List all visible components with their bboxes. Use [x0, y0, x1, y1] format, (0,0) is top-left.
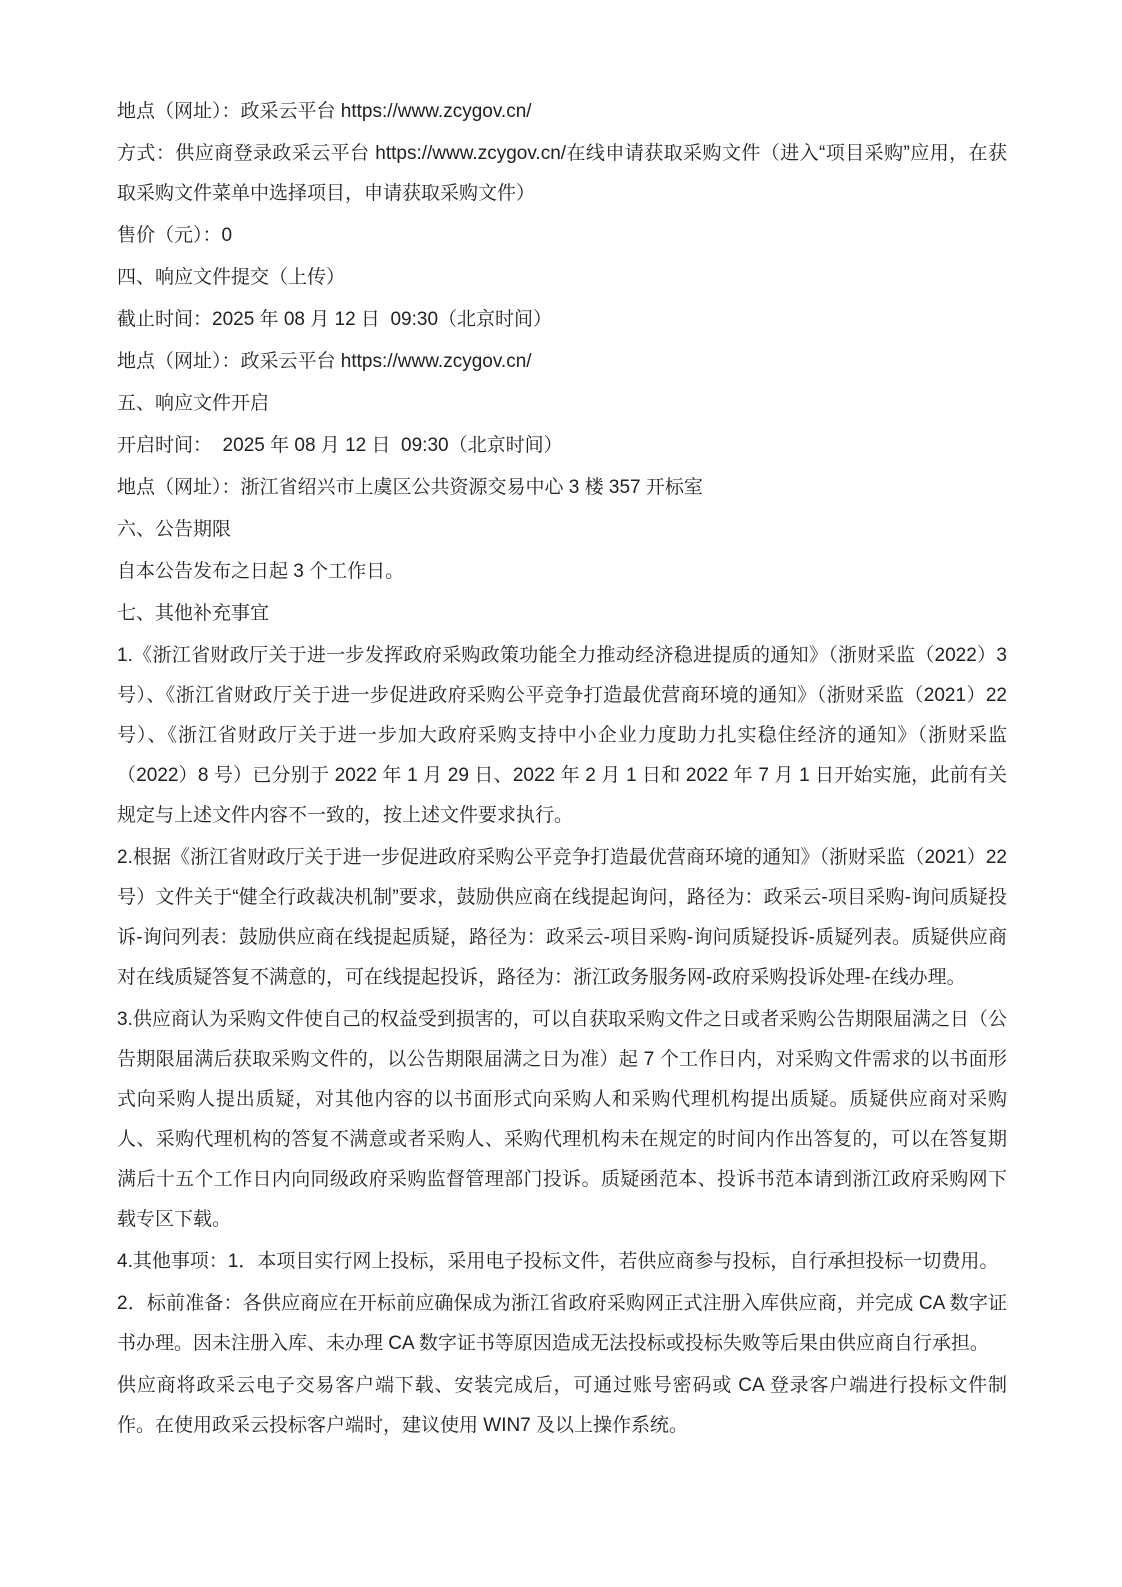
section-7-heading: 七、其他补充事宜 — [117, 594, 1007, 634]
section-5-heading: 五、响应文件开启 — [117, 384, 1007, 424]
price-line: 售价（元）：0 — [117, 216, 1007, 256]
open-time-line: 开启时间： 2025 年 08 月 12 日 09:30（北京时间） — [117, 426, 1007, 466]
supplement-item-3: 3.供应商认为采购文件使自己的权益受到损害的，可以自获取采购文件之日或者采购公告… — [117, 1000, 1007, 1240]
pre-bid-preparation-line: 2．标前准备：各供应商应在开标前应确保成为浙江省政府采购网正式注册入库供应商，并… — [117, 1284, 1007, 1364]
procurement-notice-body: 地点（网址）：政采云平台 https://www.zcygov.cn/ 方式：供… — [117, 92, 1007, 1446]
document-page: 地点（网址）：政采云平台 https://www.zcygov.cn/ 方式：供… — [0, 0, 1122, 1587]
open-location-line: 地点（网址）：浙江省绍兴市上虞区公共资源交易中心 3 楼 357 开标室 — [117, 468, 1007, 508]
client-requirement-line: 供应商将政采云电子交易客户端下载、安装完成后，可通过账号密码或 CA 登录客户端… — [117, 1366, 1007, 1446]
submit-deadline-line: 截止时间：2025 年 08 月 12 日 09:30（北京时间） — [117, 300, 1007, 340]
notice-period-line: 自本公告发布之日起 3 个工作日。 — [117, 552, 1007, 592]
submit-location-line: 地点（网址）：政采云平台 https://www.zcygov.cn/ — [117, 342, 1007, 382]
supplement-item-4: 4.其他事项：1．本项目实行网上投标，采用电子投标文件，若供应商参与投标，自行承… — [117, 1242, 1007, 1282]
section-4-heading: 四、响应文件提交（上传） — [117, 258, 1007, 298]
section-6-heading: 六、公告期限 — [117, 510, 1007, 550]
obtain-location-line: 地点（网址）：政采云平台 https://www.zcygov.cn/ — [117, 92, 1007, 132]
obtain-method-line: 方式：供应商登录政采云平台 https://www.zcygov.cn/在线申请… — [117, 134, 1007, 214]
supplement-item-1: 1.《浙江省财政厅关于进一步发挥政府采购政策功能全力推动经济稳进提质的通知》（浙… — [117, 636, 1007, 836]
supplement-item-2: 2.根据《浙江省财政厅关于进一步促进政府采购公平竞争打造最优营商环境的通知》（浙… — [117, 838, 1007, 998]
